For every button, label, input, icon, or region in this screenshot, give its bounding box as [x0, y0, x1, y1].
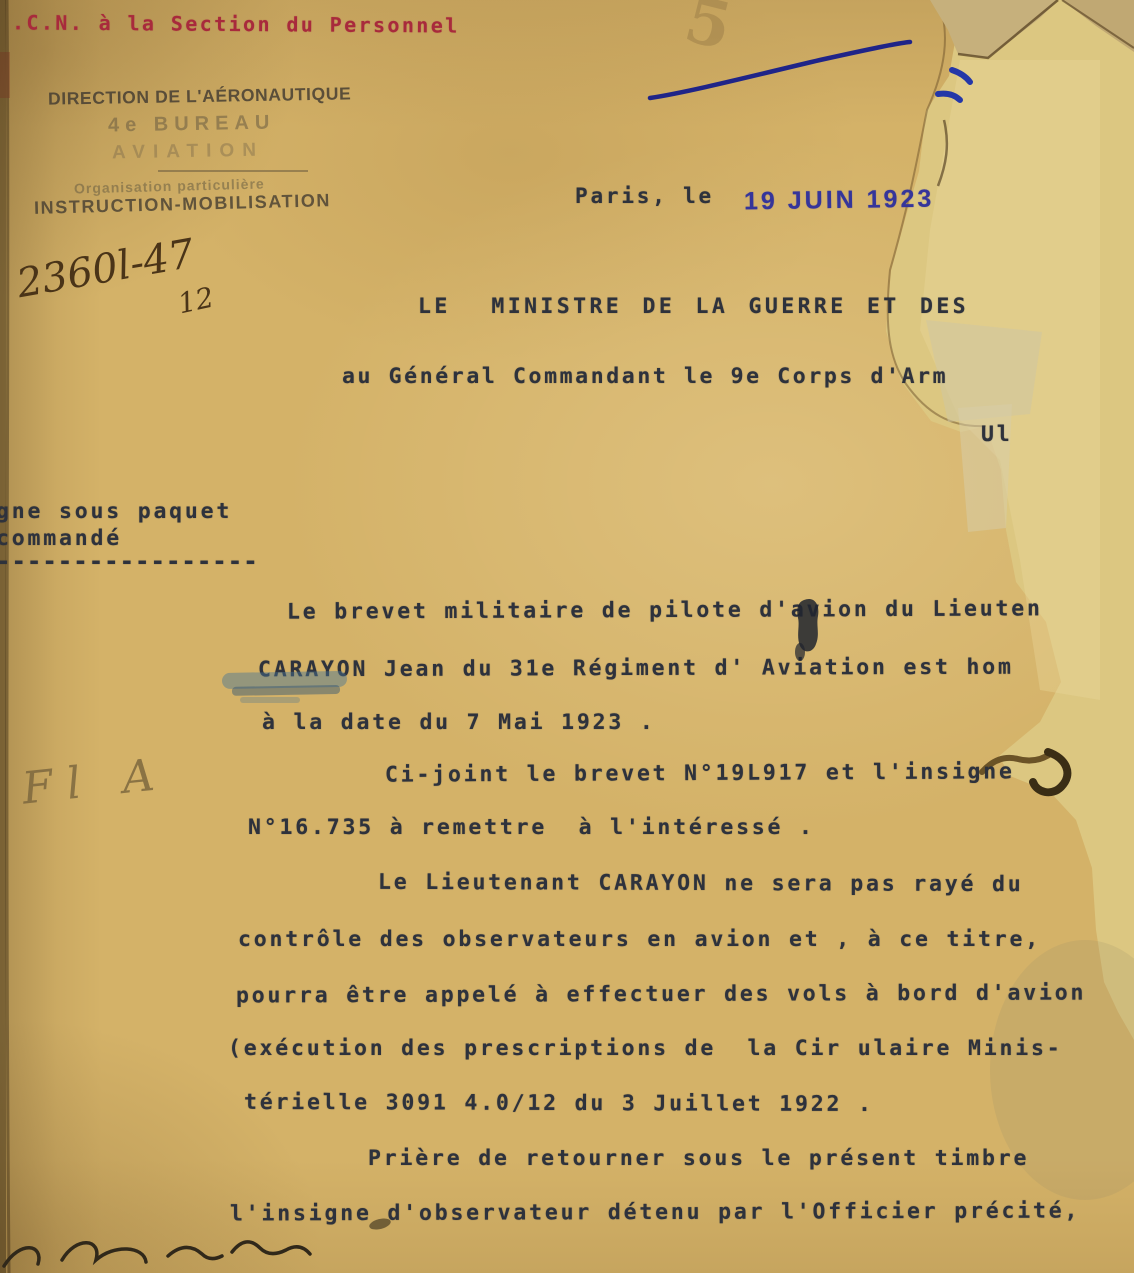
ink-blot: [795, 599, 818, 661]
ink-marks: [0, 0, 1134, 1273]
blue-smudge-underline: [222, 671, 347, 703]
scanned-document-page: .C.N. à la Section du Personnel 5 DIRECT…: [0, 0, 1134, 1273]
stray-ink-mark: [368, 1216, 392, 1231]
bottom-scrawl: [4, 1242, 310, 1266]
